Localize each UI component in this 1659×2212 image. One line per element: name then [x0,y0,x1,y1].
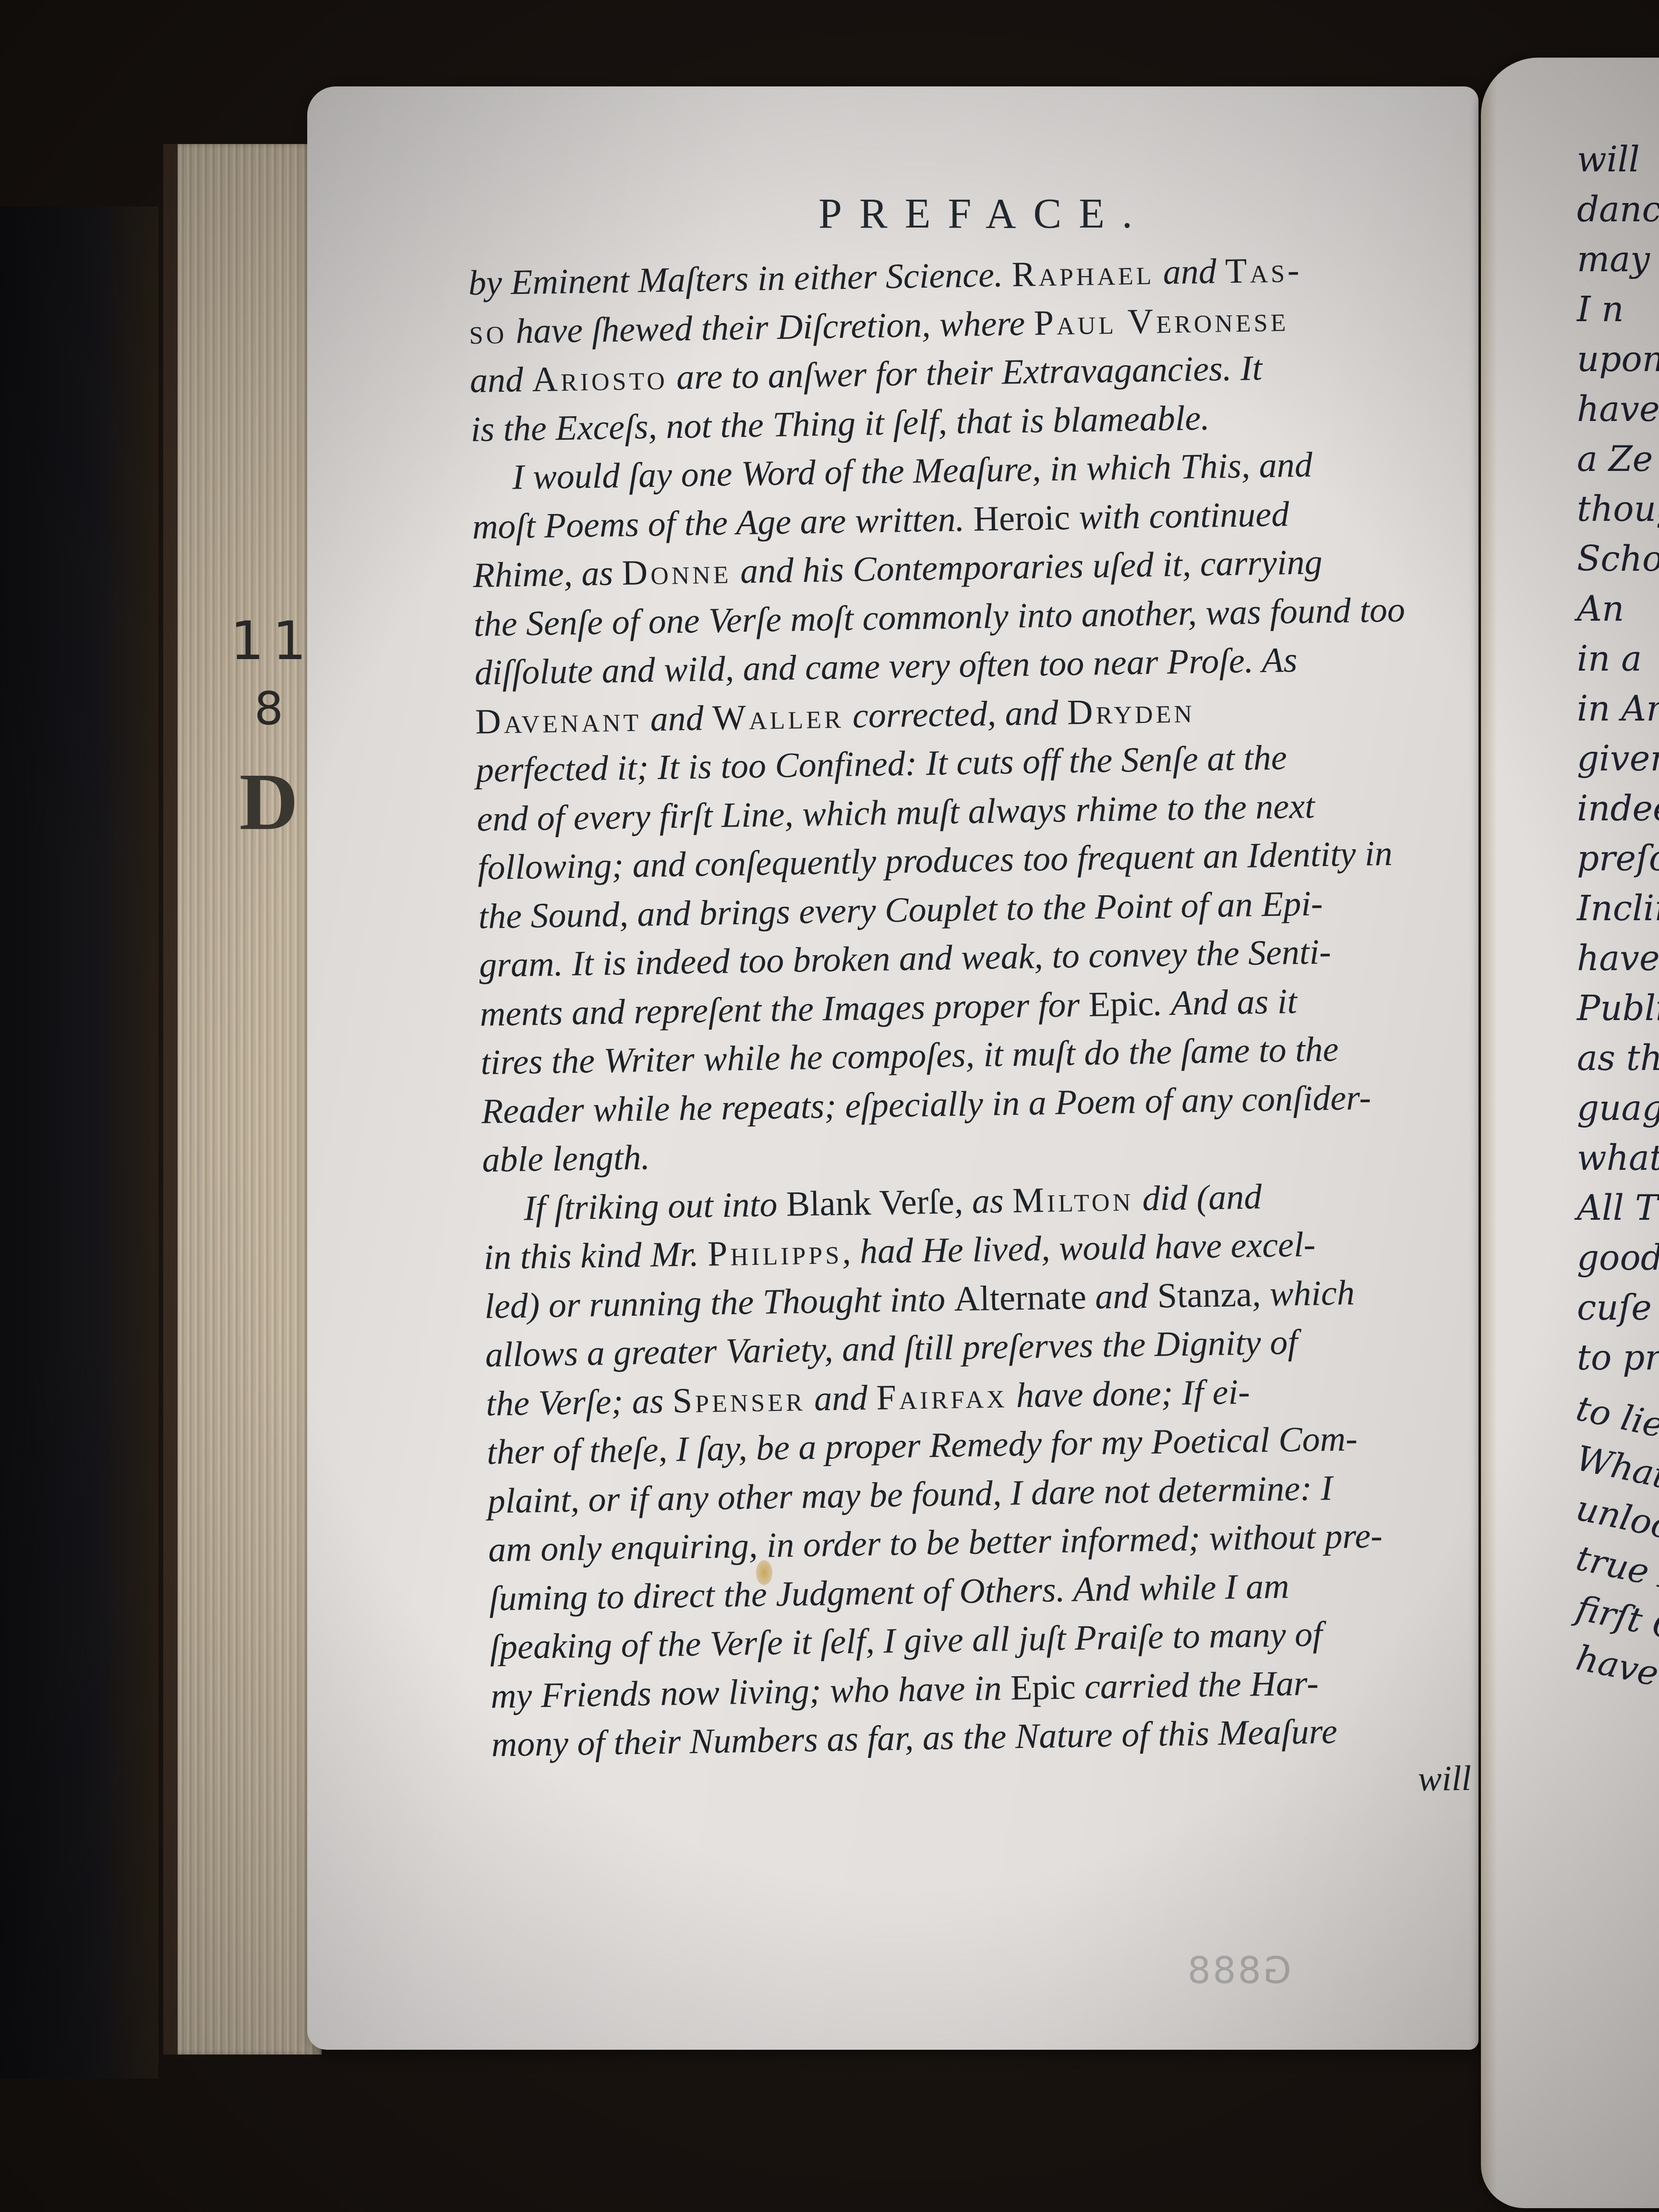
fragment-line: may [1577,234,1659,284]
fragment-line: upon [1577,334,1659,384]
proper-name: Philipps [708,1232,842,1274]
edge-mark: 8 [230,686,307,732]
fragment-line: An [1577,584,1659,634]
text-run: is the Exceſs, not the Thing it ſelf, th… [470,398,1210,449]
text-run: the Senſe of one Verſe moſt commonly int… [473,590,1405,644]
text-run: plaint, or if any other may be found, I … [487,1468,1333,1521]
fragment-line: Schola [1577,534,1659,584]
text-run: . And as it [1154,982,1298,1023]
proper-name: Fairfax [876,1376,1008,1417]
text-run: Rhime, as [473,553,623,595]
fragment-line: thoug [1577,484,1659,534]
right-page-fragment: willdancmayI nuponhavea ZethougScholaAni… [1481,58,1659,2208]
text-run: ments and repreſent the Images proper fo… [480,985,1089,1034]
text-run: ſpeaking of the Verſe it ſelf, I give al… [490,1614,1323,1667]
edge-mark: D [230,761,307,842]
book-cover [0,206,158,2079]
text-run: diſſolute and wild, and came very often … [474,640,1298,693]
text-run: Heroic [973,498,1070,539]
fragment-line: have r [1577,933,1659,983]
proper-name: Waller [712,696,844,737]
text-run: and [469,360,532,400]
text-run: and [805,1378,877,1418]
fragment-line: I n [1577,284,1659,334]
text-run: able length. [482,1138,650,1179]
text-run: If ſtriking out into [523,1184,786,1228]
fragment-line: to print [1577,1333,1659,1382]
text-run: mony of their Numbers as far, as the Nat… [491,1712,1337,1765]
proper-name: Raphael [1011,253,1154,295]
bleed-through-stamp: G888 [1186,1949,1291,1992]
text-run: , which [1251,1273,1355,1314]
text-run: carried the Har- [1075,1663,1319,1707]
text-run: allows a greater Variety, and ſtill preſ… [485,1322,1298,1375]
fragment-line: danc [1577,184,1659,234]
proper-name: Davenant [475,699,641,741]
text-run: are to anſwer for their Extravagancies. … [667,349,1262,397]
proper-name: Donne [622,552,732,593]
book-photo: 11 8 D PREFACE. by Eminent Maſters in ei… [0,0,1659,2212]
running-head: PREFACE. [307,190,1479,238]
text-run: gram. It is indeed too broken and weak, … [479,932,1331,985]
text-run: , as [954,1181,1013,1221]
proper-name: Spenser [672,1379,805,1420]
right-page-text: willdancmayI nuponhavea ZethougScholaAni… [1577,134,1659,1682]
fragment-line: Public [1577,983,1659,1033]
text-run: Blank Verſe [786,1182,954,1224]
fragment-line: have [1577,384,1659,434]
text-run: and his Contemporaries uſed it, carrying [731,542,1322,591]
fragment-line: in Ar [1577,684,1659,733]
text-run: the Verſe; as [486,1381,673,1423]
fragment-line: All Th [1577,1183,1659,1233]
text-run: am only enquiring, in order to be better… [488,1516,1383,1569]
text-run: moſt Poems of the Age are written. [472,499,974,546]
fragment-line: giver, [1577,733,1659,783]
text-line-content: able length. [482,1133,650,1185]
proper-name: Tas- [1225,251,1303,291]
fragment-line: indeed [1577,783,1659,833]
fragment-line: good p [1577,1233,1659,1283]
text-run: the Sound, and brings every Couplet to t… [478,884,1323,937]
text-run: with continued [1070,494,1289,537]
text-run: ther of theſe, I ſay, be a proper Remedy… [486,1419,1358,1472]
page-fore-edge [163,144,322,2055]
text-run: Reader while he repeats; eſpecially in a… [481,1078,1371,1131]
left-page: PREFACE. by Eminent Maſters in either Sc… [307,86,1479,2050]
fragment-line: a Ze [1577,434,1659,484]
text-run: I would ſay one Word of the Meaſure, in … [512,445,1313,497]
fragment-line: as the [1577,1033,1659,1083]
proper-name: Ariosto [532,358,668,399]
text-run: have ſhewed their Diſcretion, where [506,303,1034,351]
fragment-line: what [1577,1133,1659,1183]
text-run: my Friends now living; who have in [490,1668,1010,1716]
text-run: and [1154,252,1226,292]
text-run: Stanza [1157,1274,1252,1315]
text-run: have done; If ei- [1007,1372,1250,1415]
text-run: Epic [1088,984,1154,1024]
page-body-text: by Eminent Maſters in either Science. Ra… [468,244,1472,1818]
edge-mark: 11 [230,614,307,667]
text-run: ſuming to direct the Judgment of Others.… [489,1566,1289,1618]
text-run: in this kind Mr. [483,1234,708,1277]
fragment-line: in a [1577,634,1659,684]
text-run: end of every firſt Line, which muſt alwa… [477,786,1315,839]
fragment-line: cuſe in [1577,1283,1659,1333]
text-run: did (and [1133,1177,1262,1218]
fragment-line: preſcr [1577,833,1659,883]
fragment-line: will [1577,134,1659,184]
text-run: Alternate [954,1277,1087,1319]
text-run: led) or running the Thought into [484,1279,955,1326]
fragment-line: guage, [1577,1083,1659,1133]
text-run: and [641,698,712,739]
text-run: , had He lived, would have excel- [842,1225,1315,1272]
text-run: following; and conſequently produces too… [477,834,1393,888]
fragment-line: Inclin [1577,883,1659,933]
text-run: tires the Writer while he compoſes, it m… [481,1030,1339,1082]
text-run: and [1086,1276,1157,1316]
text-run: Epic [1010,1667,1076,1707]
proper-name: so [469,312,507,351]
proper-name: Paul Veronese [1034,300,1289,343]
fore-edge-marks: 11 8 D [230,614,307,842]
text-run: by Eminent Maſters in either Science. [468,255,1012,303]
proper-name: Milton [1012,1179,1133,1220]
proper-name: Dryden [1067,691,1195,732]
text-run: perfected it; It is too Confined: It cut… [476,738,1287,790]
text-run: corrected, and [843,693,1068,735]
